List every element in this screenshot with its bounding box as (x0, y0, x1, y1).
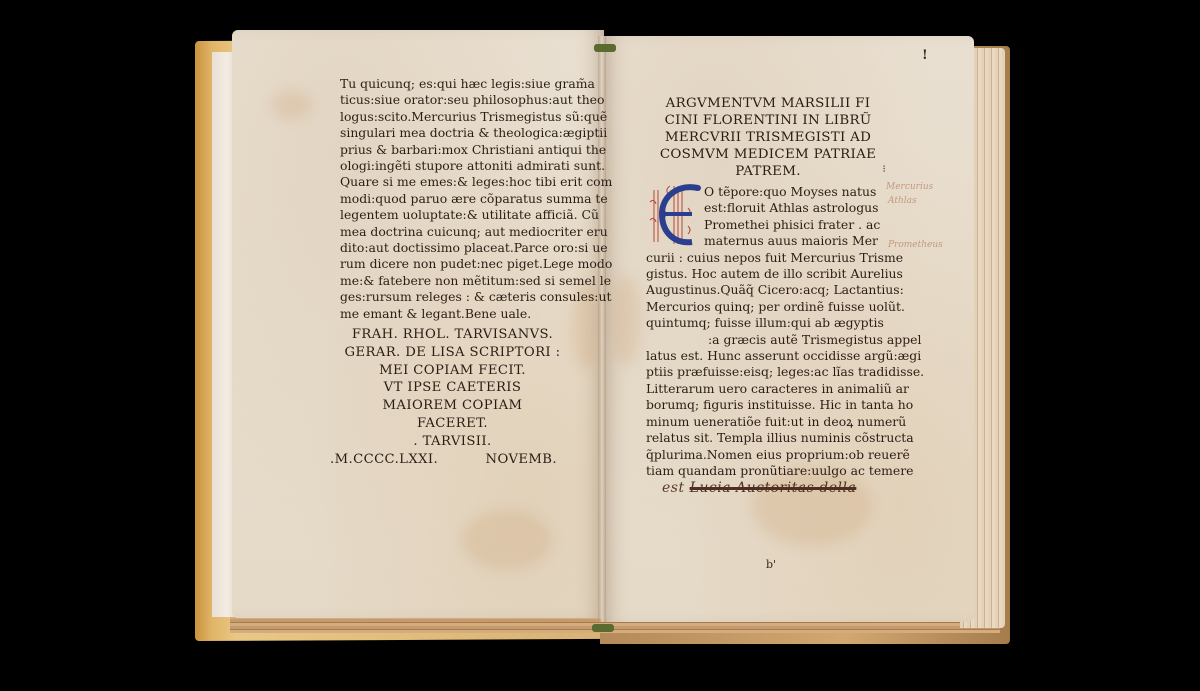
colophon-line: . TARVISII. (330, 433, 575, 451)
heading-mark: ⁝ (883, 161, 886, 178)
text-line: borumq; figuris instituisse. Hic in tant… (646, 397, 886, 413)
text-line: ges:rursum releges : & cæteris consules:… (340, 289, 576, 305)
text-line: singulari mea doctria & theologica:ægipt… (340, 125, 576, 141)
text-line: curii : cuius nepos fuit Mercurius Trism… (646, 250, 886, 266)
corner-mark: ! (922, 48, 928, 63)
text-line: Litterarum uero caracteres in animaliũ a… (646, 381, 886, 397)
text-line: Promethei phisici frater . ac (646, 217, 886, 233)
binding-tie-bottom (592, 624, 614, 632)
margin-note: Athlas (888, 196, 917, 206)
text-line: maternus auus maioris Mer (646, 233, 886, 249)
text-line: O tẽpore:quo Moyses natus (646, 184, 886, 200)
heading-line: CINI FLORENTINI IN LIBRŨ (652, 112, 884, 129)
text-line: Mercurios quinq; per ordinẽ fuisse uolũt… (646, 299, 886, 315)
inscription-struck-text: Lucia Auctoritas della (690, 480, 857, 496)
margin-note: Mercurius (886, 182, 933, 192)
colophon-date-line: .M.CCCC.LXXI. NOVEMB. (330, 451, 575, 469)
heading-line: COSMVM MEDICEM PATRIAE (652, 146, 884, 163)
heading-line: ARGVMENTVM MARSILII FI (652, 95, 884, 112)
colophon-month: NOVEMB. (486, 451, 557, 469)
colophon: FRAH. RHOL. TARVISANVS. GERAR. DE LISA S… (330, 326, 575, 468)
stain (610, 276, 640, 366)
heading-line: MERCVRII TRISMEGISTI AD (652, 129, 884, 146)
stain (272, 90, 312, 120)
open-book: Tu quicunq; es:qui hæc legis:siue gram̃a… (0, 0, 1200, 691)
text-line: ologi:ingẽti stupore attoniti admirati s… (340, 158, 576, 174)
binding-tie-top (594, 44, 616, 52)
colophon-line: FACERET. (330, 415, 575, 433)
text-line: dito:aut doctissimo placeat.Parce oro:si… (340, 240, 576, 256)
inscription-prefix: est (662, 480, 685, 496)
text-line: gistus. Hoc autem de illo scribit Aureli… (646, 266, 886, 282)
text-line: minum ueneratiõe fuit:ut in deoꝝ numerũ (646, 414, 886, 430)
text-line: :a græcis autẽ Trismegistus appel (646, 332, 886, 348)
text-line: ptiis præfuisse:eisq; leges:ac lĩas trad… (646, 364, 886, 380)
handwritten-inscription: est Lucia Auctoritas della (662, 480, 856, 496)
text-line: ticus:siue orator:seu philosophus:aut th… (340, 92, 576, 108)
text-line: rum dicere non pudet:nec piget.Lege modo (340, 256, 576, 272)
text-line: relatus sit. Templa illius numinis cõstr… (646, 430, 886, 446)
colophon-line: FRAH. RHOL. TARVISANVS. (330, 326, 575, 344)
margin-note: Prometheus (888, 240, 943, 250)
right-page-heading: ARGVMENTVM MARSILII FI CINI FLORENTINI I… (652, 95, 884, 180)
colophon-line: VT IPSE CAETERIS (330, 379, 575, 397)
text-line: prius & barbari:mox Christiani antiqui t… (340, 142, 576, 158)
text-line: mea doctrina cuicunq; aut mediocriter er… (340, 224, 576, 240)
text-line: tiam quandam pronũtiare:uulgo ac temere (646, 463, 886, 479)
colophon-line: MEI COPIAM FECIT. (330, 362, 575, 380)
text-line: q̃plurima.Nomen eius proprium:ob reuerẽ (646, 447, 886, 463)
colophon-date: .M.CCCC.LXXI. (330, 451, 438, 469)
text-line: logus:scito.Mercurius Trismegistus sũ:qu… (340, 109, 576, 125)
text-line: quintumq; fuisse illum:qui ab ægyptis (646, 315, 886, 331)
text-line: Tu quicunq; es:qui hæc legis:siue gram̃a (340, 76, 576, 92)
text-line: me emant & legant.Bene uale. (340, 306, 576, 322)
right-page-prose: O tẽpore:quo Moyses natus est:floruit At… (646, 184, 886, 479)
text-line: latus est. Hunc asserunt occidisse argũ:… (646, 348, 886, 364)
left-page-prose: Tu quicunq; es:qui hæc legis:siue gram̃a… (340, 76, 576, 322)
text-line: modi:quod paruo ære cõparatus summa te (340, 191, 576, 207)
heading-line: PATREM. (652, 163, 884, 180)
text-line: Augustinus.Quãq̃ Cicero:acq; Lactantius: (646, 282, 886, 298)
colophon-line: GERAR. DE LISA SCRIPTORI : (330, 344, 575, 362)
colophon-line: MAIOREM COPIAM (330, 397, 575, 415)
signature-mark: b' (766, 558, 776, 571)
text-line: me:& fatebere non mẽtitum:sed si semel l… (340, 273, 576, 289)
text-line: legentem uoluptate:& utilitate afficiã. … (340, 207, 576, 223)
text-line: Quare si me emes:& leges:hoc tibi erit c… (340, 174, 576, 190)
text-line: est:floruit Athlas astrologus (646, 200, 886, 216)
stain (462, 510, 552, 570)
